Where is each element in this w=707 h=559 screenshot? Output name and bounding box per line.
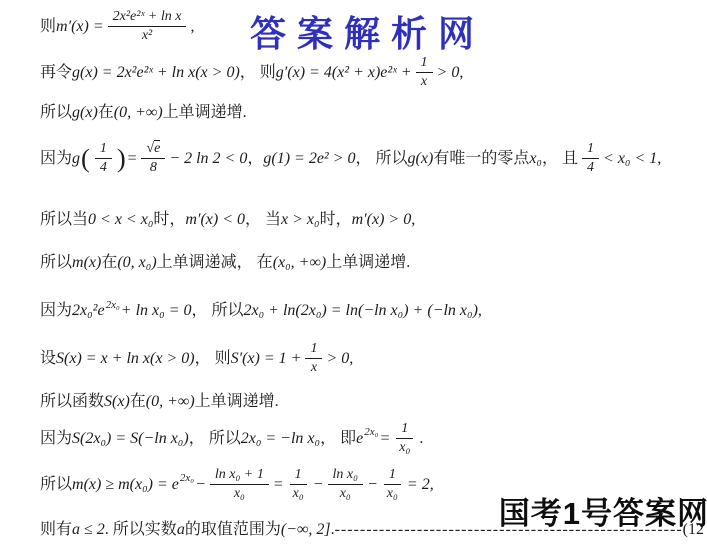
math-text: x > x₀	[281, 210, 320, 230]
math-line: 因为 S(2x₀) = S(−ln x₀) ， 所以 2x₀ = −ln x₀ …	[40, 421, 423, 456]
math-text: (x₀, +∞)	[273, 253, 327, 273]
math-text: x₀	[529, 149, 542, 169]
text: ,	[430, 475, 434, 495]
fraction: 2x²e²ˣ + ln xx²	[108, 9, 187, 44]
text: ， 所以	[356, 149, 408, 169]
text: 因为	[40, 429, 72, 449]
math-text: g(x) = 2x²e²ˣ + ln x(x > 0)	[72, 63, 240, 83]
math-text: + ln x₀ = 0	[121, 301, 192, 321]
math-text: 2x₀ = −ln x₀	[241, 429, 320, 449]
superscript: 2x₀	[364, 427, 378, 438]
math-line: 所以当 0 < x < x₀ 时， m′(x) < 0 ， 当 x > x₀ 时…	[40, 210, 415, 230]
text: ， 则	[195, 349, 231, 369]
fraction-denominator: 4	[582, 159, 599, 176]
text: ,	[190, 17, 194, 37]
math-text: m′(x) > 0	[352, 210, 412, 230]
text: 则有	[40, 520, 72, 540]
fraction-numerator: ln x₀	[328, 467, 363, 485]
fraction-numerator: 1	[95, 141, 112, 159]
fraction: √e8	[141, 141, 165, 176]
math-lines: 则 m′(x) = 2x²e²ˣ + ln xx² ,再令 g(x) = 2x²…	[0, 0, 707, 559]
math-line: 所以 m(x) 在 (0, x₀) 上单调递减， 在 (x₀, +∞) 上单调递…	[40, 253, 410, 273]
fraction-denominator: x	[416, 73, 432, 90]
radicand: e	[154, 140, 160, 156]
text: 的取值范围为	[185, 520, 281, 540]
fraction-denominator: x₀	[394, 439, 415, 456]
math-line: 则 m′(x) = 2x²e²ˣ + ln xx² ,	[40, 9, 194, 44]
math-text: g(1) = 2e² > 0	[263, 149, 355, 169]
fraction: 14	[582, 141, 599, 176]
math-text: = 2	[407, 475, 430, 495]
fraction-denominator: 8	[145, 159, 162, 176]
fraction-numerator: 1	[290, 467, 307, 485]
fraction-numerator: √e	[141, 141, 165, 159]
big-paren: (	[81, 145, 90, 171]
text: 上单调递增.	[326, 253, 410, 273]
fraction-numerator: 1	[416, 55, 433, 73]
math-line: 因为 2x₀²e2x₀ + ln x₀ = 0 ， 所以 2x₀ + ln(2x…	[40, 301, 482, 321]
text: ,	[411, 210, 415, 230]
math-line: 设 S(x) = x + ln x(x > 0) ， 则 S′(x) = 1 +…	[40, 341, 353, 376]
math-text: g(x)	[408, 149, 434, 169]
math-text: (0, x₀)	[117, 253, 156, 273]
math-text: S(x) = x + ln x(x > 0)	[56, 349, 195, 369]
big-paren: )	[117, 145, 126, 171]
solution-document: 答案解析网 则 m′(x) = 2x²e²ˣ + ln xx² ,再令 g(x)…	[0, 0, 707, 559]
math-text: g′(x) = 4(x² + x)e²ˣ +	[276, 63, 412, 83]
math-text: − 2 ln 2 < 0	[169, 149, 247, 169]
math-text: < x₀ < 1	[603, 149, 657, 169]
text: ， 所以	[189, 429, 241, 449]
fraction-denominator: x₀	[335, 485, 356, 502]
text: 设	[40, 349, 56, 369]
text: 则	[40, 17, 56, 37]
fraction: ln x₀ + 1x₀	[210, 467, 269, 502]
math-text: > 0	[326, 349, 349, 369]
math-line: 再令 g(x) = 2x²e²ˣ + ln x(x > 0) ， 则 g′(x)…	[40, 55, 463, 90]
text: 在	[98, 103, 114, 123]
text: 所以当	[40, 210, 88, 230]
math-text: −	[195, 475, 206, 495]
math-text: =	[379, 429, 390, 449]
fraction: ln x₀x₀	[328, 467, 363, 502]
text: ,	[478, 301, 482, 321]
math-text: e	[356, 429, 363, 449]
fraction-denominator: x²	[137, 27, 157, 44]
math-text: a ≤ 2	[72, 520, 105, 540]
fraction: 1x	[305, 341, 322, 376]
text: 在	[101, 253, 117, 273]
math-text: m(x) ≥ m(x₀) = e	[72, 475, 179, 495]
text: 再令	[40, 63, 72, 83]
text: 所以	[40, 103, 72, 123]
math-text: =	[273, 475, 284, 495]
text: ，	[247, 149, 263, 169]
fraction: 1x	[416, 55, 433, 90]
math-text: =	[127, 149, 138, 169]
fraction-numerator: 2x²e²ˣ + ln x	[108, 9, 187, 27]
math-text: (0, +∞)	[146, 392, 195, 412]
text: 因为	[40, 301, 72, 321]
text: ， 即	[320, 429, 356, 449]
math-line: 因为 g(14) = √e8 − 2 ln 2 < 0 ， g(1) = 2e²…	[40, 141, 661, 176]
fraction-numerator: 1	[305, 341, 322, 359]
math-text: g(x)	[72, 103, 98, 123]
math-text: −	[313, 475, 324, 495]
math-text: S(x)	[104, 392, 130, 412]
fraction-denominator: x₀	[382, 485, 403, 502]
text: 所以	[40, 475, 72, 495]
fraction-numerator: ln x₀ + 1	[210, 467, 269, 485]
text: 上单调递减， 在	[157, 253, 273, 273]
math-text: m′(x) =	[56, 17, 104, 37]
fraction-denominator: 4	[95, 159, 112, 176]
text: ， 当	[245, 210, 281, 230]
text: .	[419, 429, 423, 449]
math-text: m(x)	[72, 253, 101, 273]
text: 在	[130, 392, 146, 412]
text: ,	[657, 149, 661, 169]
text: . 所以实数	[105, 520, 177, 540]
fraction-denominator: x	[306, 359, 322, 376]
text: 上单调递增.	[195, 392, 279, 412]
math-line: 所以 g(x) 在 (0, +∞) 上单调递增.	[40, 103, 247, 123]
superscript: 2x₀	[180, 473, 194, 484]
fraction-numerator: 1	[582, 141, 599, 159]
fraction-numerator: 1	[384, 467, 401, 485]
math-text: 2x₀²e	[72, 301, 105, 321]
text: ,	[349, 349, 353, 369]
text: 因为	[40, 149, 72, 169]
text: 有唯一的零点	[433, 149, 529, 169]
superscript: 2x₀	[106, 300, 120, 311]
fraction: 1x₀	[394, 421, 415, 456]
math-line: 所以函数 S(x) 在 (0, +∞) 上单调递增.	[40, 392, 279, 412]
math-text: m′(x) < 0	[185, 210, 245, 230]
text: ,	[459, 63, 463, 83]
text: 上单调递增.	[163, 103, 247, 123]
math-line: 所以 m(x) ≥ m(x₀) = e2x₀ − ln x₀ + 1x₀ = 1…	[40, 467, 434, 502]
math-text: (0, +∞)	[114, 103, 163, 123]
watermark-bottom: 国考1号答案网	[499, 488, 707, 533]
math-text: g	[72, 149, 80, 169]
text: ， 所以	[192, 301, 244, 321]
math-text: −	[367, 475, 378, 495]
math-text: a	[177, 520, 185, 540]
fraction-denominator: x₀	[229, 485, 250, 502]
text: 所以函数	[40, 392, 104, 412]
text: 时，	[320, 210, 352, 230]
fraction: 1x₀	[382, 467, 403, 502]
fraction-numerator: 1	[396, 421, 413, 439]
math-text: 0 < x < x₀	[88, 210, 153, 230]
math-text: > 0	[437, 63, 460, 83]
text: 所以	[40, 253, 72, 273]
math-text: S′(x) = 1 +	[231, 349, 302, 369]
fraction: 1x₀	[288, 467, 309, 502]
text: 时，	[153, 210, 185, 230]
text: ， 且	[542, 149, 578, 169]
text: ， 则	[240, 63, 276, 83]
math-text: S(2x₀) = S(−ln x₀)	[72, 429, 189, 449]
fraction-denominator: x₀	[288, 485, 309, 502]
math-text: (−∞, 2]	[281, 520, 331, 540]
math-text: 2x₀ + ln(2x₀) = ln(−ln x₀) + (−ln x₀)	[244, 301, 478, 321]
fraction: 14	[95, 141, 112, 176]
